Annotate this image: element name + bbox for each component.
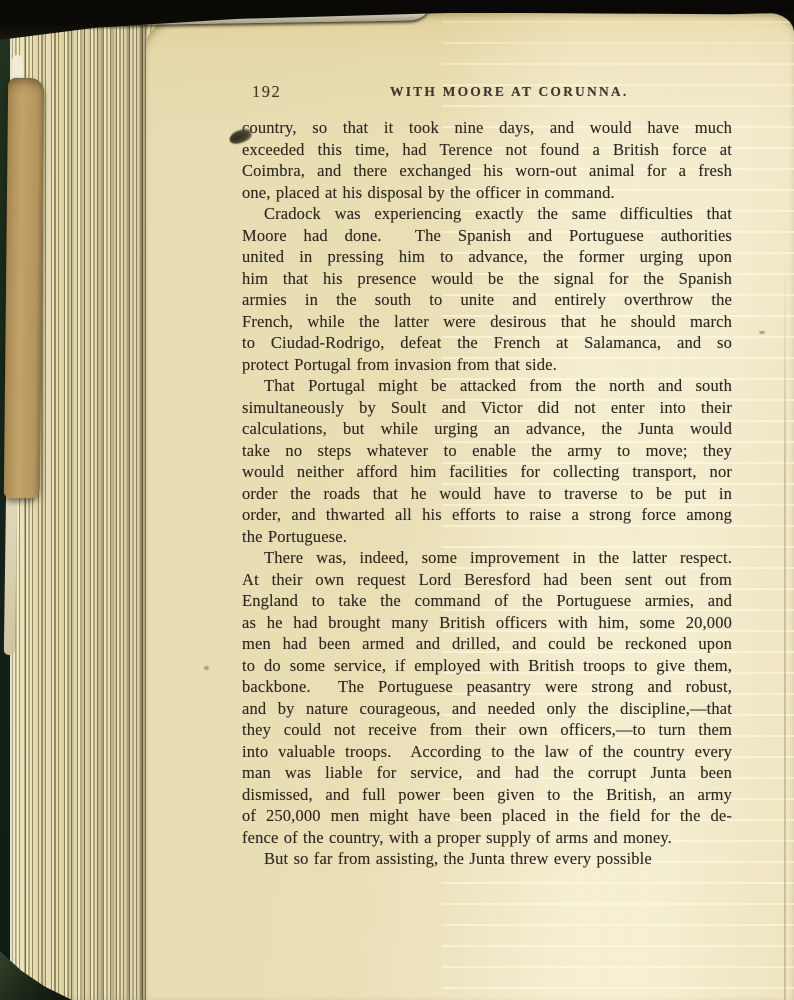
worn-leaf-edge — [4, 78, 44, 498]
book-page: 192 WITH MOORE AT CORUNNA. country, so t… — [142, 13, 794, 1000]
text-line: French, while the latter were desirous t… — [242, 311, 732, 333]
page-number: 192 — [252, 82, 281, 102]
text-line: as he had brought many British officers … — [242, 612, 732, 634]
text-line: But so far from assisting, the Junta thr… — [242, 848, 732, 870]
dark-speck — [759, 331, 765, 334]
text-line: armies in the south to unite and entirel… — [242, 289, 732, 311]
text-line: fence of the country, with a proper supp… — [242, 827, 732, 849]
text-line: That Portugal might be attacked from the… — [242, 375, 732, 397]
text-line: order the roads that he would have to tr… — [242, 483, 732, 505]
text-line: and by nature courageous, and needed onl… — [242, 698, 732, 720]
book-scan: 192 WITH MOORE AT CORUNNA. country, so t… — [0, 0, 794, 1000]
text-line: exceeded this time, had Terence not foun… — [242, 139, 732, 161]
text-line: calculations, but while urging an advanc… — [242, 418, 732, 440]
text-line: order, and thwarted all his efforts to r… — [242, 504, 732, 526]
text-line: united in pressing him to advance, the f… — [242, 246, 732, 268]
text-line: At their own request Lord Beresford had … — [242, 569, 732, 591]
text-line: backbone. The Portuguese peasantry were … — [242, 676, 732, 698]
text-line: would neither afford him facilities for … — [242, 461, 732, 483]
text-line: There was, indeed, some improvement in t… — [242, 547, 732, 569]
running-header: 192 WITH MOORE AT CORUNNA. — [242, 82, 732, 104]
text-line: simultaneously by Soult and Victor did n… — [242, 397, 732, 419]
text-block: country, so that it took nine days, and … — [242, 117, 732, 870]
text-line: Moore had done. The Spanish and Portugue… — [242, 225, 732, 247]
text-line: to do some service, if employed with Bri… — [242, 655, 732, 677]
running-title: WITH MOORE AT CORUNNA. — [390, 84, 628, 100]
page-right-edge-shadow — [784, 253, 786, 1000]
foxing-speck — [204, 666, 209, 670]
text-line: protect Portugal from invasion from that… — [242, 354, 732, 376]
text-line: of 250,000 men might have been placed in… — [242, 805, 732, 827]
text-line: take no steps whatever to enable the arm… — [242, 440, 732, 462]
text-line: dismissed, and full power been given to … — [242, 784, 732, 806]
text-line: Coimbra, and there exchanged his worn-ou… — [242, 160, 732, 182]
text-line: him that his presence would be the signa… — [242, 268, 732, 290]
text-line: they could not receive from their own of… — [242, 719, 732, 741]
text-line: men had been armed and drilled, and coul… — [242, 633, 732, 655]
text-line: into valuable troops. According to the l… — [242, 741, 732, 763]
text-line: the Portuguese. — [242, 526, 732, 548]
text-line: one, placed at his disposal by the offic… — [242, 182, 732, 204]
text-line: to Ciudad-Rodrigo, defeat the French at … — [242, 332, 732, 354]
text-line: England to take the command of the Portu… — [242, 590, 732, 612]
text-line: Cradock was experiencing exactly the sam… — [242, 203, 732, 225]
text-line: country, so that it took nine days, and … — [242, 117, 732, 139]
text-line: man was liable for service, and had the … — [242, 762, 732, 784]
